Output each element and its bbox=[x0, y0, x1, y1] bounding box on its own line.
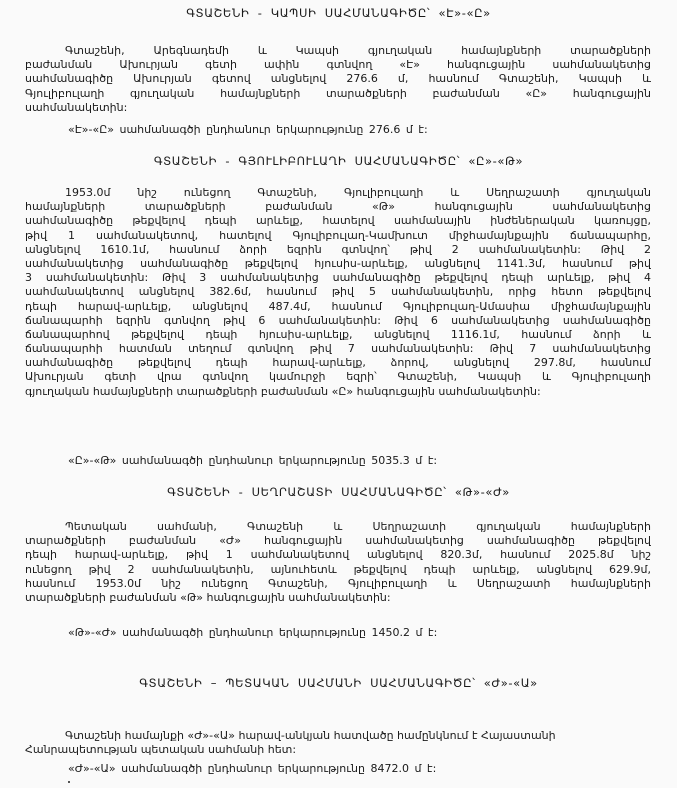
section-heading-gtashen-kaps: ԳՏԱՇԵՆԻ - ԿԱՊՍԻ ՍԱՀՄԱՆԱԳԻԾԸ՝ «Է»-«Ը» bbox=[0, 6, 677, 20]
paragraph-line: Գյուլիբուլաղի գյուղական համայնքների տարա… bbox=[25, 87, 651, 101]
paragraph-line: սահմանակետից սահմանագիծը թեքվելով հյուսի… bbox=[25, 257, 651, 271]
section-paragraph-gtashen-kaps: Գտաշենի, Արեգնադեմի և Կապսի գյուղական հա… bbox=[25, 44, 651, 115]
paragraph-line: տարածքների բաժանման «Թ» հանգուցային սահմ… bbox=[25, 591, 651, 605]
paragraph-line: անցնելով 1610.1մ, հասնում ձորի եզրին գտն… bbox=[25, 243, 651, 257]
paragraph-line: ունեցող թիվ 2 սահմանակետին, այնուհետև թե… bbox=[25, 563, 651, 577]
section-heading-gtashen-seghrashat: ԳՏԱՇԵՆԻ - ՍԵՂՐԱՇԱՏԻ ՍԱՀՄԱՆԱԳԻԾԸ՝ «Թ»-«Ժ» bbox=[0, 485, 677, 499]
paragraph-line: դեպի հարավ-արևելք, անցնելով 487.4մ, հասն… bbox=[25, 300, 651, 314]
paragraph-line: Գտաշենի, Արեգնադեմի և Կապսի գյուղական հա… bbox=[25, 44, 651, 58]
section-paragraph-gtashen-seghrashat: Պետական սահմանի, Գտաշենի և Սեղրաշատի գյո… bbox=[25, 520, 651, 605]
section-paragraph-gtashen-state-border: Գտաշենի համայնքի «Ժ»-«Ա» հարավ-անկյան հա… bbox=[25, 729, 651, 757]
paragraph-line: սահմանագիծը թեքվելով դեպի հարավ-արևելք, … bbox=[25, 356, 651, 370]
paragraph-line: ճանապարհով թեքվելով դեպի հյուսիս-արևելք,… bbox=[25, 328, 651, 342]
document-page: ԳՏԱՇԵՆԻ - ԿԱՊՍԻ ՍԱՀՄԱՆԱԳԻԾԸ՝ «Է»-«Ը» Գտա… bbox=[0, 0, 677, 788]
paragraph-line: դեպի հարավ-արևելք, թիվ 1 սահմանակետով ան… bbox=[25, 548, 651, 562]
section-summary-length: «Ժ»-«Ա» սահմանագծի ընդհանուր երկարությու… bbox=[68, 762, 436, 776]
section-summary-length: «Է»-«Ը» սահմանագծի ընդհանուր երկարությու… bbox=[68, 123, 428, 137]
section-summary-length: «Թ»-«Ժ» սահմանագծի ընդհանուր երկարությու… bbox=[68, 626, 437, 640]
paragraph-line: Գտաշենի համայնքի «Ժ»-«Ա» հարավ-անկյան հա… bbox=[25, 729, 651, 743]
section-summary-length: «Ը»-«Թ» սահմանագծի ընդհանուր երկարությու… bbox=[68, 454, 437, 468]
section-paragraph-gtashen-gyulibulagh: 1953.0մ նիշ ունեցող Գտաշենի, Գյուլիբուլա… bbox=[25, 186, 651, 399]
paragraph-line: համայնքների տարածքների բաժանման «Թ» հանգ… bbox=[25, 200, 651, 214]
section-heading-gtashen-state-border: ԳՏԱՇԵՆԻ – ՊԵՏԱԿԱՆ ՍԱՀՄԱՆԻ ՍԱՀՄԱՆԱԳԻԾԸ՝ «… bbox=[0, 676, 677, 690]
paragraph-line: Ախուրյան գետի վրա գտնվող կամուրջի եզրի՝ … bbox=[25, 370, 651, 384]
paragraph-line: հասնում 1953.0մ նիշ ունեցող Գտաշենի, Գյո… bbox=[25, 577, 651, 591]
paragraph-line: Հանրապետության պետական սահմանի հետ: bbox=[25, 743, 651, 757]
paragraph-line: բաժանման Ախուրյան գետի ափին գտնվող «Է» հ… bbox=[25, 58, 651, 72]
paragraph-line: սահմանակետին: bbox=[25, 101, 651, 115]
scan-speck bbox=[68, 781, 70, 783]
section-heading-gtashen-gyulibulagh: ԳՏԱՇԵՆԻ - ԳՅՈՒԼԻԲՈՒԼԱՂԻ ՍԱՀՄԱՆԱԳԻԾԸ՝ «Ը»… bbox=[0, 154, 677, 168]
paragraph-line: ճանապարհի հատման տեղում գտնվող թիվ 7 սահ… bbox=[25, 342, 651, 356]
paragraph-line: 3 սահմանակետին: Թիվ 3 սահմանակետից սահմա… bbox=[25, 271, 651, 285]
paragraph-line: սահմանագիծը թեքվելով դեպի արևելք, հատելո… bbox=[25, 214, 651, 228]
paragraph-line: գյուղական համայնքների տարածքների բաժանմա… bbox=[25, 385, 651, 399]
paragraph-line: սահմանագիծը Ախուրյան գետով անցնելով 276.… bbox=[25, 72, 651, 86]
paragraph-line: ճանապարհի եզրին գտնվող թիվ 6 սահմանակետի… bbox=[25, 314, 651, 328]
paragraph-line: սահմանակետով անցնելով 382.6մ, հասնում թի… bbox=[25, 285, 651, 299]
paragraph-line: տարածքների բաժանման «Ժ» հանգուցային սահմ… bbox=[25, 534, 651, 548]
paragraph-line: 1953.0մ նիշ ունեցող Գտաշենի, Գյուլիբուլա… bbox=[25, 186, 651, 200]
paragraph-line: Պետական սահմանի, Գտաշենի և Սեղրաշատի գյո… bbox=[25, 520, 651, 534]
paragraph-line: թիվ 1 սահմանակետով, հատելով Գյուլիբուլաղ… bbox=[25, 229, 651, 243]
